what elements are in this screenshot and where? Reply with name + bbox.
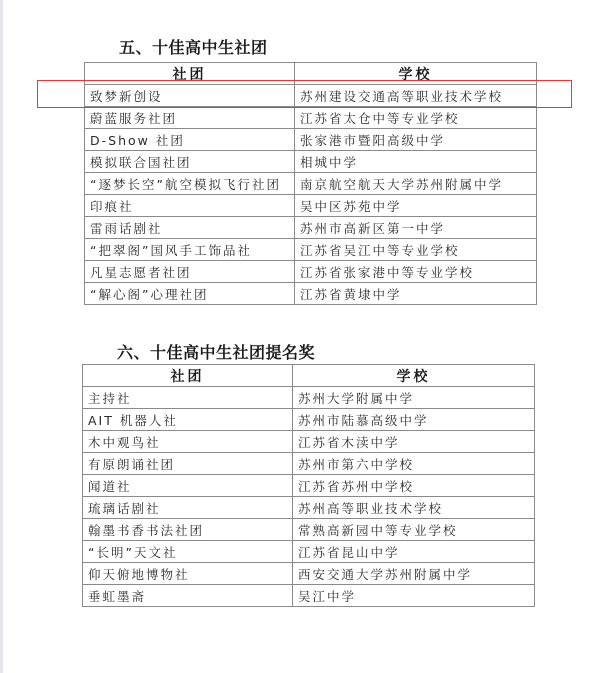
table-row: 雷雨话剧社苏州市高新区第一中学: [85, 217, 537, 239]
column-header-school: 学校: [295, 63, 537, 85]
school-name: 苏州建设交通高等职业技术学校: [295, 85, 537, 107]
school-name: 吴江中学: [293, 585, 535, 607]
column-header-school: 学校: [293, 365, 535, 387]
column-header-club: 社团: [83, 365, 293, 387]
table-row: 垂虹墨斋吴江中学: [83, 585, 535, 607]
table-row: 琉璃话剧社苏州高等职业技术学校: [83, 497, 535, 519]
table-header-row: 社团 学校: [85, 63, 537, 85]
table-row: D-Show 社团张家港市暨阳高级中学: [85, 129, 537, 151]
top-ten-clubs-table: 社团 学校 致梦新创设苏州建设交通高等职业技术学校 蔚蓝服务社团江苏省太仓中等专…: [84, 62, 537, 305]
table-row: “逐梦长空”航空模拟飞行社团南京航空航天大学苏州附属中学: [85, 173, 537, 195]
table-row: 仰天俯地博物社西安交通大学苏州附属中学: [83, 563, 535, 585]
table-row: 主持社苏州大学附属中学: [83, 387, 535, 409]
table-row: 翰墨书香书法社团常熟高新园中等专业学校: [83, 519, 535, 541]
school-name: 西安交通大学苏州附属中学: [293, 563, 535, 585]
school-name: 江苏省张家港中等专业学校: [295, 261, 537, 283]
school-name: 苏州大学附属中学: [293, 387, 535, 409]
school-name: 吴中区苏苑中学: [295, 195, 537, 217]
school-name: 苏州高等职业技术学校: [293, 497, 535, 519]
club-name: AIT 机器人社: [83, 409, 293, 431]
school-name: 江苏省太仓中等专业学校: [295, 107, 537, 129]
club-name: “解心阁”心理社团: [85, 283, 295, 305]
school-name: 苏州市高新区第一中学: [295, 217, 537, 239]
club-name: 琉璃话剧社: [83, 497, 293, 519]
column-header-club: 社团: [85, 63, 295, 85]
section-heading-nomination-award: 六、十佳高中生社团提名奖: [117, 340, 315, 363]
school-name: 江苏省黄埭中学: [295, 283, 537, 305]
school-name: 张家港市暨阳高级中学: [295, 129, 537, 151]
table-row: 印痕社吴中区苏苑中学: [85, 195, 537, 217]
club-name: 致梦新创设: [85, 85, 295, 107]
table-row: AIT 机器人社苏州市陆慕高级中学: [83, 409, 535, 431]
club-name: 闻道社: [83, 475, 293, 497]
page-edge: [0, 0, 3, 673]
school-name: 江苏省昆山中学: [293, 541, 535, 563]
club-name: D-Show 社团: [85, 129, 295, 151]
table-row: “长明”天文社江苏省昆山中学: [83, 541, 535, 563]
table-row: “解心阁”心理社团江苏省黄埭中学: [85, 283, 537, 305]
table-row: 有原朗诵社团苏州市第六中学校: [83, 453, 535, 475]
school-name: 江苏省木渎中学: [293, 431, 535, 453]
club-name: 印痕社: [85, 195, 295, 217]
club-name: 仰天俯地博物社: [83, 563, 293, 585]
club-name: 垂虹墨斋: [83, 585, 293, 607]
school-name: 苏州市第六中学校: [293, 453, 535, 475]
table-row: 模拟联合国社团相城中学: [85, 151, 537, 173]
table-row: 木中观鸟社江苏省木渎中学: [83, 431, 535, 453]
club-name: “把翠阁”国风手工饰品社: [85, 239, 295, 261]
school-name: 苏州市陆慕高级中学: [293, 409, 535, 431]
club-name: 模拟联合国社团: [85, 151, 295, 173]
club-name: 雷雨话剧社: [85, 217, 295, 239]
table-row: 凡星志愿者社团江苏省张家港中等专业学校: [85, 261, 537, 283]
club-name: 木中观鸟社: [83, 431, 293, 453]
club-name: 主持社: [83, 387, 293, 409]
table-row: 闻道社江苏省苏州中学校: [83, 475, 535, 497]
club-name: 翰墨书香书法社团: [83, 519, 293, 541]
club-name: “逐梦长空”航空模拟飞行社团: [85, 173, 295, 195]
club-name: 凡星志愿者社团: [85, 261, 295, 283]
table-row: 致梦新创设苏州建设交通高等职业技术学校: [85, 85, 537, 107]
school-name: 相城中学: [295, 151, 537, 173]
school-name: 南京航空航天大学苏州附属中学: [295, 173, 537, 195]
table-row: 蔚蓝服务社团江苏省太仓中等专业学校: [85, 107, 537, 129]
table-row: “把翠阁”国风手工饰品社江苏省吴江中等专业学校: [85, 239, 537, 261]
school-name: 江苏省苏州中学校: [293, 475, 535, 497]
club-name: “长明”天文社: [83, 541, 293, 563]
school-name: 江苏省吴江中等专业学校: [295, 239, 537, 261]
school-name: 常熟高新园中等专业学校: [293, 519, 535, 541]
section-heading-top-ten-clubs: 五、十佳高中生社团: [119, 35, 268, 58]
club-name: 有原朗诵社团: [83, 453, 293, 475]
table-header-row: 社团 学校: [83, 365, 535, 387]
club-name: 蔚蓝服务社团: [85, 107, 295, 129]
nomination-award-table: 社团 学校 主持社苏州大学附属中学 AIT 机器人社苏州市陆慕高级中学 木中观鸟…: [82, 364, 535, 607]
